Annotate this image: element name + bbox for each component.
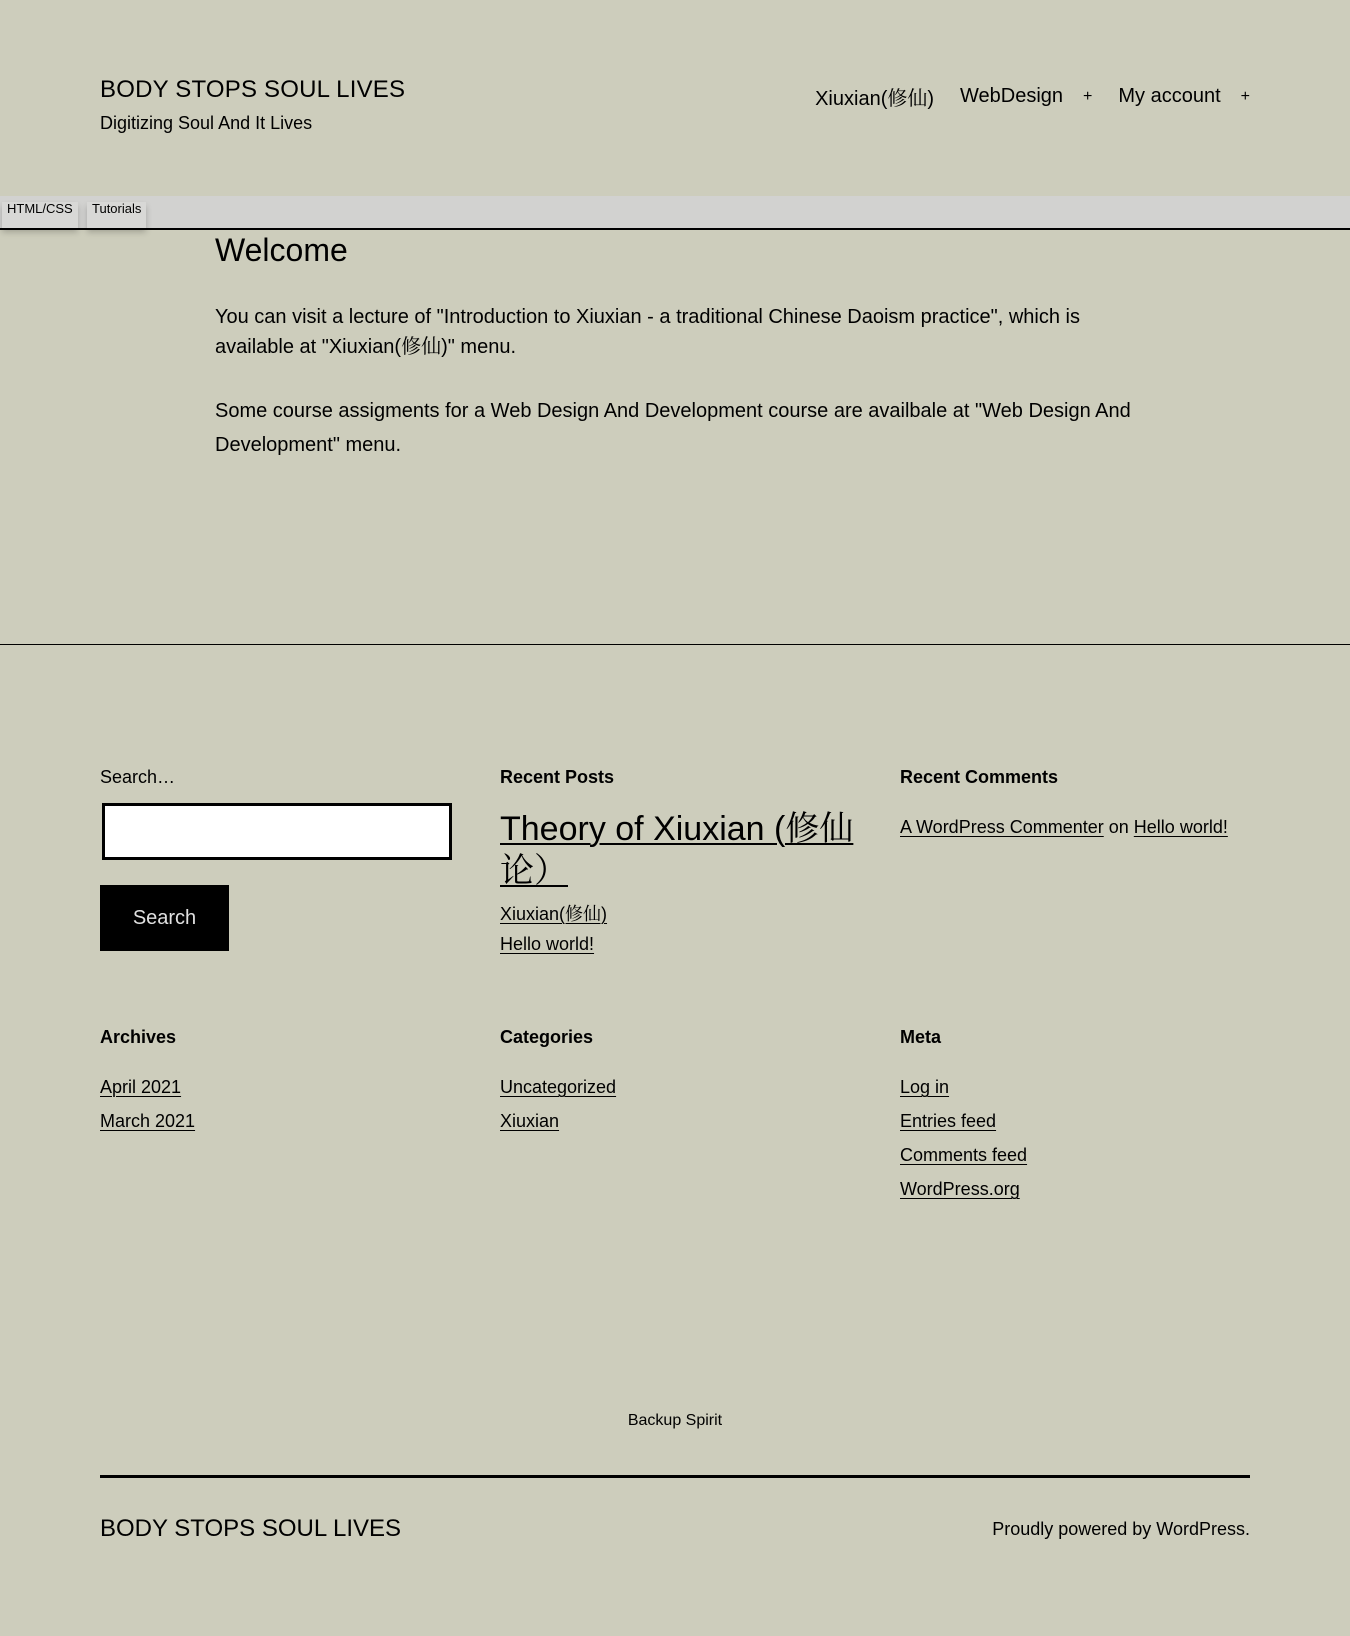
page-title: Welcome: [215, 232, 348, 269]
category-link[interactable]: Xiuxian: [500, 1111, 559, 1131]
recent-posts-list: Xiuxian(修仙) Hello world!: [500, 900, 607, 968]
nav-item-webdesign[interactable]: WebDesign +: [960, 85, 1092, 108]
footer-divider: [100, 1475, 1250, 1478]
powered-by: Proudly powered by WordPress.: [992, 1519, 1250, 1540]
meta-link-entries-feed[interactable]: Entries feed: [900, 1111, 996, 1131]
site-title[interactable]: BODY STOPS SOUL LIVES: [100, 76, 405, 104]
meta-link-login[interactable]: Log in: [900, 1077, 949, 1097]
list-item: Xiuxian: [500, 1111, 616, 1145]
comment-author-link[interactable]: A WordPress Commenter: [900, 817, 1104, 837]
recent-comments-title: Recent Comments: [900, 767, 1058, 788]
nav-item-label[interactable]: My account: [1118, 85, 1220, 108]
recent-post-link[interactable]: Hello world!: [500, 934, 594, 954]
archive-link[interactable]: March 2021: [100, 1111, 195, 1131]
featured-post: Theory of Xiuxian (修仙论）: [500, 808, 860, 892]
site-description: Digitizing Soul And It Lives: [100, 113, 312, 134]
course-paragraph: Some course assigments for a Web Design …: [215, 394, 1155, 462]
list-item: Uncategorized: [500, 1077, 616, 1111]
recent-posts-title: Recent Posts: [500, 767, 614, 788]
comment-connector: on: [1109, 817, 1129, 837]
search-button[interactable]: Search: [100, 885, 229, 951]
content-divider: [0, 644, 1350, 645]
search-input[interactable]: [102, 803, 452, 860]
primary-nav: Xiuxian(修仙) WebDesign + My account +: [815, 82, 1250, 111]
nav-item-label[interactable]: Xiuxian(修仙): [815, 82, 934, 111]
plus-icon[interactable]: +: [1241, 88, 1250, 106]
comment-post-link[interactable]: Hello world!: [1134, 817, 1228, 837]
nav-item-xiuxian[interactable]: Xiuxian(修仙): [815, 82, 934, 111]
list-item: March 2021: [100, 1111, 195, 1145]
archive-link[interactable]: April 2021: [100, 1077, 181, 1097]
footer-menu-item-backup-spirit[interactable]: Backup Spirit: [628, 1412, 722, 1429]
list-item: Log in: [900, 1077, 1027, 1111]
list-item: Comments feed: [900, 1145, 1027, 1179]
archives-title: Archives: [100, 1027, 176, 1048]
recent-comment: A WordPress Commenter on Hello world!: [900, 817, 1228, 838]
recent-post-link[interactable]: Xiuxian(修仙): [500, 904, 607, 924]
intro-paragraph: You can visit a lecture of "Introduction…: [215, 302, 1155, 362]
list-item: April 2021: [100, 1077, 195, 1111]
list-item: Entries feed: [900, 1111, 1027, 1145]
powered-by-link[interactable]: Proudly powered by WordPress.: [992, 1519, 1250, 1539]
list-item: WordPress.org: [900, 1179, 1027, 1213]
categories-title: Categories: [500, 1027, 593, 1048]
categories-list: Uncategorized Xiuxian: [500, 1077, 616, 1145]
plus-icon[interactable]: +: [1083, 88, 1092, 106]
meta-link-comments-feed[interactable]: Comments feed: [900, 1145, 1027, 1165]
menu-item-tutorials[interactable]: Tutorials: [87, 202, 146, 228]
list-item: Xiuxian(修仙): [500, 900, 607, 934]
featured-post-link[interactable]: Theory of Xiuxian (修仙论）: [500, 810, 853, 890]
menu-item-html-css[interactable]: HTML/CSS: [2, 202, 78, 228]
category-link[interactable]: Uncategorized: [500, 1077, 616, 1097]
meta-link-wordpress-org[interactable]: WordPress.org: [900, 1179, 1020, 1199]
list-item: Hello world!: [500, 934, 607, 968]
archives-list: April 2021 March 2021: [100, 1077, 195, 1145]
search-label: Search…: [100, 767, 175, 788]
meta-list: Log in Entries feed Comments feed WordPr…: [900, 1077, 1027, 1213]
secondary-menu-bar: HTML/CSS Tutorials: [0, 196, 1350, 230]
nav-item-label[interactable]: WebDesign: [960, 85, 1063, 108]
footer-menu: Backup Spirit: [0, 1412, 1350, 1430]
meta-title: Meta: [900, 1027, 941, 1048]
footer-site-title[interactable]: BODY STOPS SOUL LIVES: [100, 1515, 401, 1543]
nav-item-my-account[interactable]: My account +: [1118, 85, 1250, 108]
